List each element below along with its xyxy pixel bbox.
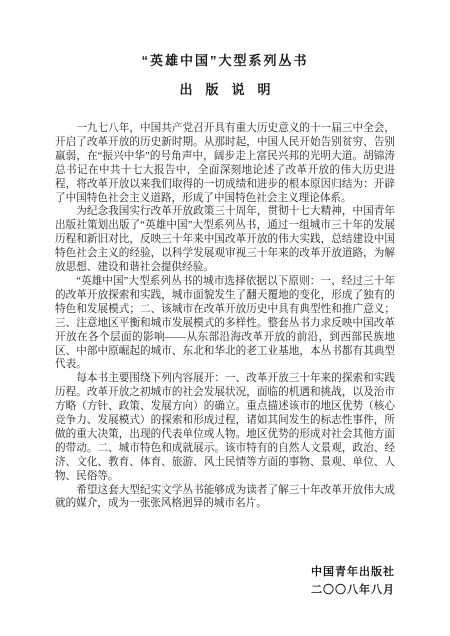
series-title: “英雄中国”大型系列丛书: [55, 50, 395, 69]
paragraph: 每本书主要围绕下列内容展开：一、改革开放三十年来的探索和实践历程。改革开放之初城…: [55, 372, 395, 483]
paragraph: “英雄中国”大型系列丛书的城市选择依据以下原则：一、经过三十年的改革开放探索和实…: [55, 275, 395, 372]
colophon: 中国青年出版社 二〇〇八年八月: [55, 563, 395, 599]
body-text: 一九七八年，中国共产党召开具有重大历史意义的十一届三中全会，开启了改革开放的历史…: [55, 122, 395, 511]
paragraph: 为纪念我国实行改革开放政策三十周年，贯彻十七大精神，中国青年出版社策划出版了“英…: [55, 205, 395, 275]
publication-note-page: “英雄中国”大型系列丛书 出版说明 一九七八年，中国共产党召开具有重大历史意义的…: [0, 0, 450, 636]
page-title: 出版说明: [55, 79, 395, 98]
paragraph: 希望这套大型纪实文学丛书能够成为读者了解三十年改革开放伟大成就的媒介，成为一张张…: [55, 484, 395, 512]
publication-date: 二〇〇八年八月: [55, 581, 395, 599]
publisher-name: 中国青年出版社: [55, 563, 395, 581]
paragraph: 一九七八年，中国共产党召开具有重大历史意义的十一届三中全会，开启了改革开放的历史…: [55, 122, 395, 205]
